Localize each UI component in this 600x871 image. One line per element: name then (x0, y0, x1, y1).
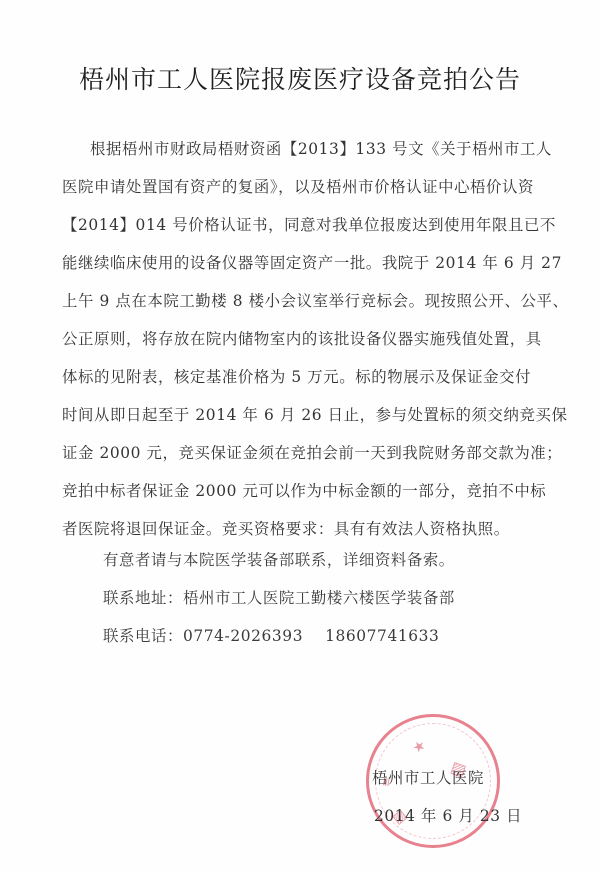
body-line-6: 公正原则，将存放在院内储物室内的该批设备仪器实施残值处置，具 (62, 327, 542, 349)
signature-date: 2014 年 6 月 23 日 (374, 804, 522, 826)
address-label: 联系地址： (103, 589, 183, 607)
signature-organization: 梧州市工人医院 (372, 766, 484, 788)
body-line-8: 时间从即日起至于 2014 年 6 月 26 日止，参与处置标的须交纳竞买保 (62, 403, 567, 425)
body-line-10: 竞拍中标者保证金 2000 元可以作为中标金额的一部分，竞拍不中标 (62, 479, 546, 501)
body-line-9: 证金 2000 元，竞买保证金须在竞拍会前一天到我院财务部交款为准； (62, 441, 562, 463)
document-page: 梧州市工人医院报废医疗设备竞拍公告 根据梧州市财政局梧财资函【2013】133 … (0, 0, 600, 871)
body-line-7: 体标的见附表，核定基准价格为 5 万元。标的物展示及保证金交付 (62, 365, 531, 387)
body-line-3: 【2014】014 号价格认证书，同意对我单位报废达到使用年限且已不 (62, 213, 556, 235)
body-line-1: 根据梧州市财政局梧财资函【2013】133 号文《关于梧州市工人 (90, 137, 552, 159)
document-title: 梧州市工人医院报废医疗设备竞拍公告 (0, 60, 600, 96)
contact-address: 联系地址：梧州市工人医院工勤楼六楼医学装备部 (103, 586, 455, 608)
phone-number-1: 0774-2026393 (183, 627, 303, 645)
phone-number-2: 18607741633 (325, 627, 439, 645)
body-line-5: 上午 9 点在本院工勤楼 8 楼小会议室举行竞标会。现按照公开、公平、 (62, 289, 568, 311)
contact-intro: 有意者请与本院医学装备部联系，详细资料备索。 (103, 548, 455, 570)
body-line-2: 医院申请处置国有资产的复函》，以及梧州市价格认证中心梧价认资 (62, 175, 534, 197)
contact-phone: 联系电话：0774-202639318607741633 (103, 624, 439, 646)
address-value: 梧州市工人医院工勤楼六楼医学装备部 (183, 589, 455, 607)
body-line-11: 者医院将退回保证金。竞买资格要求：具有有效法人资格执照。 (62, 517, 510, 539)
phone-label: 联系电话： (103, 627, 183, 645)
body-line-4: 能继续临床使用的设备仪器等固定资产一批。我院于 2014 年 6 月 27 (62, 251, 562, 273)
